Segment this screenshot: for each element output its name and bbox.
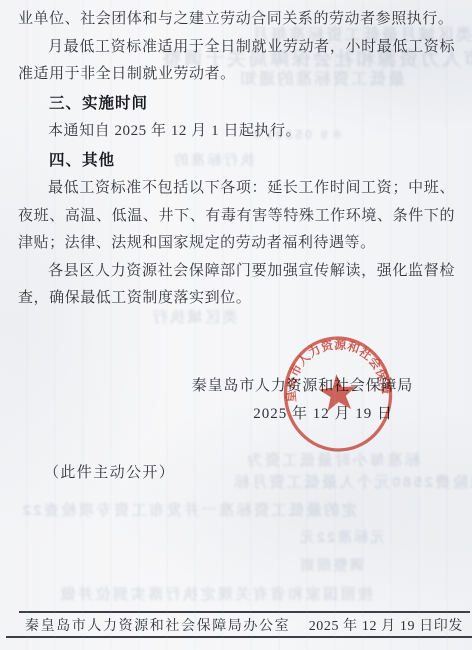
scanned-official-document: 类区域月最低工资标准每月 市人力资源和社会保障局关于调整 最低工资标准的通知 ＊… — [0, 0, 472, 650]
issue-date: 2025 年 12 月 19 日 — [253, 402, 393, 423]
bleedthrough-line: 定的最低工资标准一并发布工资专项检查22 — [20, 499, 357, 520]
section-heading-3: 三、实施时间 — [18, 90, 455, 119]
footer-rule-bottom — [6, 636, 472, 638]
printing-office: 秦皇岛市人力资源和社会保障局办公室 — [25, 615, 290, 635]
paragraph-scope: 月最低工资标准适用于全日制就业劳动者，小时最低工资标准适用于非全日制就业劳动者。 — [18, 34, 455, 89]
section-heading-4: 四、其他 — [18, 147, 455, 176]
document-body: 业单位、社会团体和与之建立劳动合同关系的劳动者参照执行。 月最低工资标准适用于全… — [18, 6, 455, 313]
paragraph-exclusions: 最低工资标准不包括以下各项：延长工作时间工资；中班、夜班、高温、低温、井下、有毒… — [18, 175, 455, 258]
bleedthrough-line: 调整细则 — [298, 555, 364, 575]
bleedthrough-line: 保险费2580元个人最低工资月标 — [232, 471, 472, 492]
footer-rule-top — [19, 611, 470, 613]
bleedthrough-line: 按照国家和省有关规定执行落实到位并做 — [58, 583, 373, 604]
paragraph-continuation: 业单位、社会团体和与之建立劳动合同关系的劳动者参照执行。 — [18, 6, 455, 34]
disclosure-note: （此件主动公开） — [44, 461, 175, 482]
bleedthrough-line: 标准每小时最低工资为 — [245, 449, 420, 470]
footer: 秦皇岛市人力资源和社会保障局办公室 2025 年 12 月 19 日印发 — [25, 615, 463, 635]
bleedthrough-line: 元标准22元 — [298, 527, 385, 547]
paragraph-effective-date: 本通知自 2025 年 12 月 1 日起执行。 — [18, 118, 455, 146]
print-date: 2025 年 12 月 19 日印发 — [309, 615, 463, 635]
paragraph-supervision: 各县区人力资源社会保障部门要加强宣传解读，强化监督检查，确保最低工资制度落实到位… — [18, 258, 455, 313]
issuer-name: 秦皇岛市人力资源和社会保障局 — [192, 374, 413, 395]
